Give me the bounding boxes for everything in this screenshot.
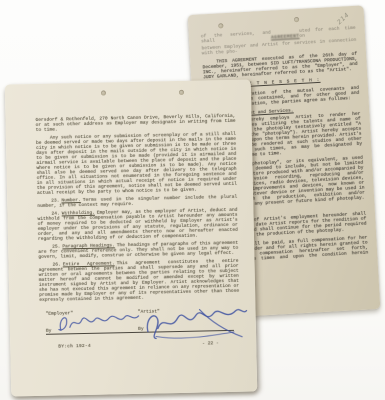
address-continuation-paragraph: Gersdorf & Rothenfeld, 270 North Canon D… — [35, 114, 235, 133]
notice-paragraph: Any such notice or any submission of scr… — [36, 132, 237, 196]
agreement-title: AGREEMENT — [271, 34, 300, 41]
signature-row: "Employer" By "Artist" By — [40, 308, 240, 335]
clause-withholding: 24.Withholding.Employer may, as the empl… — [37, 208, 238, 242]
artist-signature-ink — [142, 306, 249, 344]
page-number: - 22 - — [202, 341, 219, 346]
employer-signature-ink — [54, 309, 143, 337]
typist-code: BY:ch 192-4 — [58, 344, 91, 350]
clause-entire-agreement: 26.Entire Agreement.This agreement const… — [39, 259, 240, 303]
front-page: Gersdorf & Rothenfeld, 270 North Canon D… — [5, 79, 257, 396]
artist-signature-line: By — [138, 319, 234, 333]
typed-fragment: uted for each time on — [299, 26, 356, 39]
employer-signature-block: "Employer" By — [46, 310, 139, 335]
employer-signature-line: By — [46, 321, 138, 335]
by-label: By — [46, 329, 52, 334]
document-photo: 214 of the services, and shall AGREEMENT… — [0, 0, 385, 400]
clause-number: 23.Number.Terms used in the singular num… — [37, 195, 237, 209]
clause-paragraph-headings: 25.Paragraph Headings.The headings of pa… — [38, 241, 238, 260]
front-page-typed-text: Gersdorf & Rothenfeld, 270 North Canon D… — [5, 79, 257, 350]
page-footer: BY:ch 192-4 - 22 - — [40, 341, 240, 350]
artist-signature-block: "Artist" By — [138, 308, 234, 333]
